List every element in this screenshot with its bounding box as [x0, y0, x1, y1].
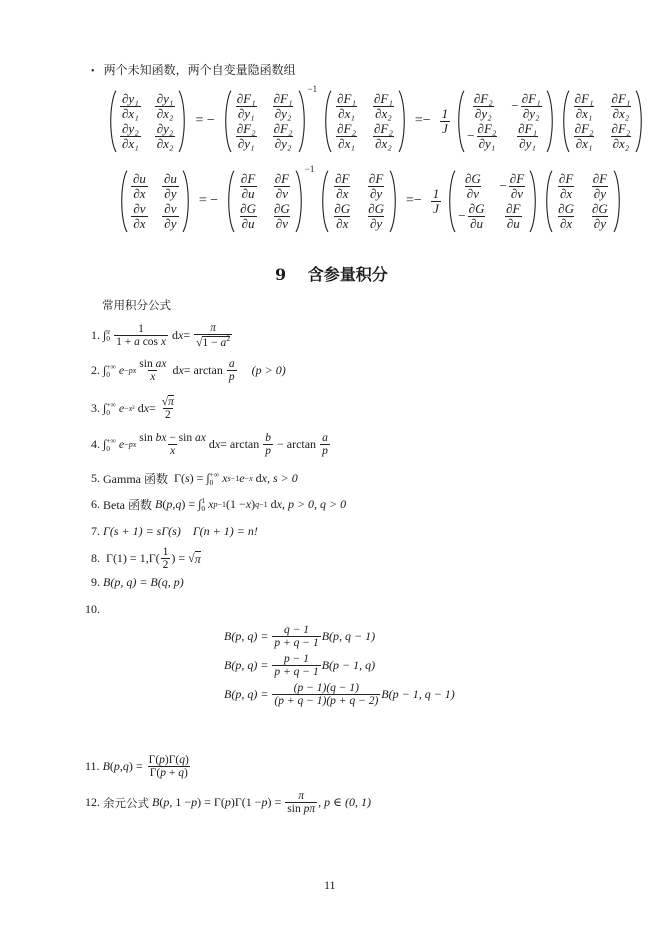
right-paren-icon — [298, 90, 307, 153]
item-number: 8. — [91, 551, 100, 566]
item-number: 3. — [91, 401, 100, 416]
section-number: 9 — [275, 265, 286, 284]
fraction: ∂y₂∂x₂ — [155, 122, 176, 150]
fraction: ∂u∂x — [131, 172, 148, 200]
fraction: ∂F₂∂x₂ — [610, 122, 633, 150]
item-number: 9. — [91, 575, 100, 590]
fraction: ∂G∂x — [332, 202, 352, 230]
operator: =− — [406, 193, 422, 209]
beta-recurrence-line: B(p, q) = q − 1p + q − 1B(p, q − 1) — [224, 624, 455, 649]
fraction: ∂G∂y — [590, 202, 610, 230]
formula-item-5: 5. Gamma 函数 Γ(s) = ∫+∞0 xs−1e−x dx, s > … — [91, 470, 298, 487]
partial-matrix: ∂F∂x∂F∂y∂G∂x∂G∂y — [544, 170, 622, 233]
item-number: 12. — [85, 795, 100, 810]
fraction: ∂F₁∂x₁ — [335, 92, 358, 120]
fraction: ∂F₁∂x₂ — [372, 92, 395, 120]
left-paren-icon — [223, 90, 232, 153]
fraction: ∂F₂∂x₂ — [372, 122, 395, 150]
formula-item-8: 8. Γ(1) = 1,Γ(12) = √π — [91, 546, 201, 571]
fraction: ∂v∂x — [131, 202, 147, 230]
section-title: 含参量积分 — [308, 265, 388, 284]
condition: , s > 0 — [267, 471, 298, 486]
formula-item-2: 2. ∫+∞0 e−px sin axx dx = arctan ap (p >… — [91, 358, 286, 383]
condition: , p ∈ (0, 1) — [318, 795, 371, 810]
matrix-equation-2: ∂u∂x∂u∂y∂v∂x∂v∂y= −∂F∂u∂F∂v∂G∂u∂G∂v−1∂F∂… — [119, 170, 622, 233]
inverse-jacobian-matrix: ∂F∂u∂F∂v∂G∂u∂G∂v — [226, 170, 304, 233]
gamma-label: Gamma 函数 — [103, 470, 168, 487]
bullet-icon: • — [91, 66, 95, 77]
section-heading: 9 含参量积分 — [275, 262, 388, 285]
right-paren-icon — [178, 90, 187, 153]
left-paren-icon — [226, 170, 235, 233]
page-number: 11 — [324, 878, 336, 893]
inverse-exponent: −1 — [305, 164, 315, 174]
fraction: ∂F₁∂y₁ — [235, 92, 258, 120]
fraction: ∂F₂∂y₂ — [272, 122, 295, 150]
fraction: ∂F₁∂y₂ — [520, 92, 543, 120]
left-paren-icon — [119, 170, 128, 233]
right-paren-icon — [295, 170, 304, 233]
beta-label: Beta 函数 — [103, 496, 152, 513]
item-number: 10. — [85, 602, 100, 617]
fraction: ∂y₂∂x₁ — [120, 122, 141, 150]
condition: (p > 0) — [252, 363, 286, 378]
partial-matrix: ∂F₁∂x₁∂F₁∂x₂∂F₂∂x₁∂F₂∂x₂ — [323, 90, 407, 153]
fraction: ∂F₂∂x₁ — [573, 122, 596, 150]
right-paren-icon — [613, 170, 622, 233]
fraction: ∂F₁∂y₁ — [516, 122, 539, 150]
formula-item-7: 7. Γ(s + 1) = sΓ(s) Γ(n + 1) = n! — [91, 524, 258, 539]
left-paren-icon — [108, 90, 117, 153]
beta-symmetry: B(p, q) = B(q, p) — [103, 575, 184, 590]
partial-matrix: ∂F₁∂x₁∂F₁∂x₂∂F₂∂x₁∂F₂∂x₂ — [561, 90, 645, 153]
gamma-recurrence: Γ(s + 1) = sΓ(s) Γ(n + 1) = n! — [103, 524, 258, 539]
fraction: ∂F∂y — [591, 172, 609, 200]
fraction: ∂F₂∂x₁ — [335, 122, 358, 150]
right-paren-icon — [529, 170, 538, 233]
fraction: ∂y₁∂x₁ — [120, 92, 141, 120]
beta-recurrence-line: B(p, q) = (p − 1)(q − 1)(p + q − 1)(p + … — [224, 682, 455, 707]
inverse-exponent: −1 — [308, 84, 318, 94]
fraction: ∂F₂∂y₁ — [476, 122, 499, 150]
item-number: 6. — [91, 497, 100, 512]
partial-matrix: ∂F∂x∂F∂y∂G∂x∂G∂y — [320, 170, 398, 233]
fraction: ∂u∂y — [162, 172, 179, 200]
right-paren-icon — [635, 90, 644, 153]
bullet-heading: 两个未知函数，两个自变量隐函数组 — [104, 63, 296, 77]
fraction: ∂G∂u — [467, 202, 487, 230]
lhs-jacobian-matrix: ∂u∂x∂u∂y∂v∂x∂v∂y — [119, 170, 191, 233]
operator: = − — [195, 113, 214, 129]
item-number: 1. — [91, 328, 100, 343]
right-paren-icon — [389, 170, 398, 233]
left-paren-icon — [447, 170, 456, 233]
formula-item-3: 3. ∫+∞0 e−x² dx = √π2 — [91, 396, 177, 421]
operator: = − — [199, 193, 218, 209]
fraction: ∂G∂v — [272, 202, 292, 230]
beta-recurrence-line: B(p, q) = p − 1p + q − 1B(p − 1, q) — [224, 653, 455, 678]
fraction: ∂v∂y — [162, 202, 178, 230]
fraction: 1J — [431, 187, 442, 215]
fraction: ∂G∂x — [556, 202, 576, 230]
fraction: p − 1p + q − 1 — [272, 653, 320, 678]
item-number: 4. — [91, 437, 100, 452]
fraction: ∂G∂v — [463, 172, 483, 200]
formula-item-10-number: 10. — [85, 602, 100, 617]
fraction: ∂G∂u — [238, 202, 258, 230]
fraction: ∂F∂y — [367, 172, 385, 200]
fraction: ∂G∂y — [366, 202, 386, 230]
inverse-jacobian-matrix: ∂F₁∂y₁∂F₁∂y₂∂F₂∂y₁∂F₂∂y₂ — [223, 90, 307, 153]
fraction: ∂F∂u — [239, 172, 257, 200]
fraction: ∂F₁∂x₂ — [610, 92, 633, 120]
fraction: ∂F₁∂y₂ — [272, 92, 295, 120]
adjugate-matrix: ∂F₂∂y₂−∂F₁∂y₂−∂F₂∂y₁∂F₁∂y₁ — [456, 90, 554, 153]
condition: , p > 0, q > 0 — [282, 497, 346, 512]
adjugate-matrix: ∂G∂v−∂F∂v−∂G∂u∂F∂u — [447, 170, 538, 233]
left-paren-icon — [561, 90, 570, 153]
fraction: (p − 1)(q − 1)(p + q − 1)(p + q − 2) — [272, 682, 380, 707]
reflection-label: 余元公式 — [103, 795, 149, 811]
left-paren-icon — [320, 170, 329, 233]
fraction: ∂y₁∂x₂ — [155, 92, 176, 120]
fraction: q − 1p + q − 1 — [272, 624, 320, 649]
subheading: 常用积分公式 — [102, 297, 171, 313]
formula-item-1: 1. ∫π0 11 + a cos x dx = π√1 − a2 — [91, 322, 233, 349]
item-number: 11. — [85, 759, 100, 774]
right-paren-icon — [182, 170, 191, 233]
operator: =− — [415, 113, 431, 129]
right-paren-icon — [398, 90, 407, 153]
bullet-line: • 两个未知函数，两个自变量隐函数组 — [91, 61, 296, 78]
fraction: ∂F₂∂y₂ — [472, 92, 495, 120]
fraction: ∂F₁∂x₁ — [573, 92, 596, 120]
formula-item-10-lines: B(p, q) = q − 1p + q − 1B(p, q − 1)B(p, … — [224, 624, 455, 711]
item-number: 7. — [91, 524, 100, 539]
right-paren-icon — [546, 90, 555, 153]
formula-item-12: 12. 余元公式 B(p, 1 − p) = Γ(p)Γ(1 − p) = πs… — [85, 790, 371, 815]
fraction: ∂F∂u — [504, 202, 522, 230]
left-paren-icon — [323, 90, 332, 153]
fraction: ∂F∂v — [273, 172, 291, 200]
formula-item-6: 6. Beta 函数 B(p, q) = ∫10 xp−1(1 − x)q−1 … — [91, 496, 346, 513]
fraction: ∂F∂x — [333, 172, 351, 200]
item-number: 2. — [91, 363, 100, 378]
fraction: ∂F∂x — [557, 172, 575, 200]
formula-item-11: 11. B(p, q) = Γ(p)Γ(q)Γ(p + q) — [85, 754, 192, 779]
fraction: 1J — [440, 107, 451, 135]
document-page: • 两个未知函数，两个自变量隐函数组 ∂y₁∂x₁∂y₁∂x₂∂y₂∂x₁∂y₂… — [0, 0, 660, 933]
fraction: ∂F∂v — [508, 172, 526, 200]
left-paren-icon — [456, 90, 465, 153]
lhs-jacobian-matrix: ∂y₁∂x₁∂y₁∂x₂∂y₂∂x₁∂y₂∂x₂ — [108, 90, 187, 153]
matrix-equation-1: ∂y₁∂x₁∂y₁∂x₂∂y₂∂x₁∂y₂∂x₂= −∂F₁∂y₁∂F₁∂y₂∂… — [108, 90, 644, 153]
formula-item-4: 4. ∫+∞0 e−px sin bx − sin axx dx = arcta… — [91, 432, 331, 457]
fraction: ∂F₂∂y₁ — [235, 122, 258, 150]
formula-item-9: 9. B(p, q) = B(q, p) — [91, 575, 184, 590]
item-number: 5. — [91, 471, 100, 486]
left-paren-icon — [544, 170, 553, 233]
